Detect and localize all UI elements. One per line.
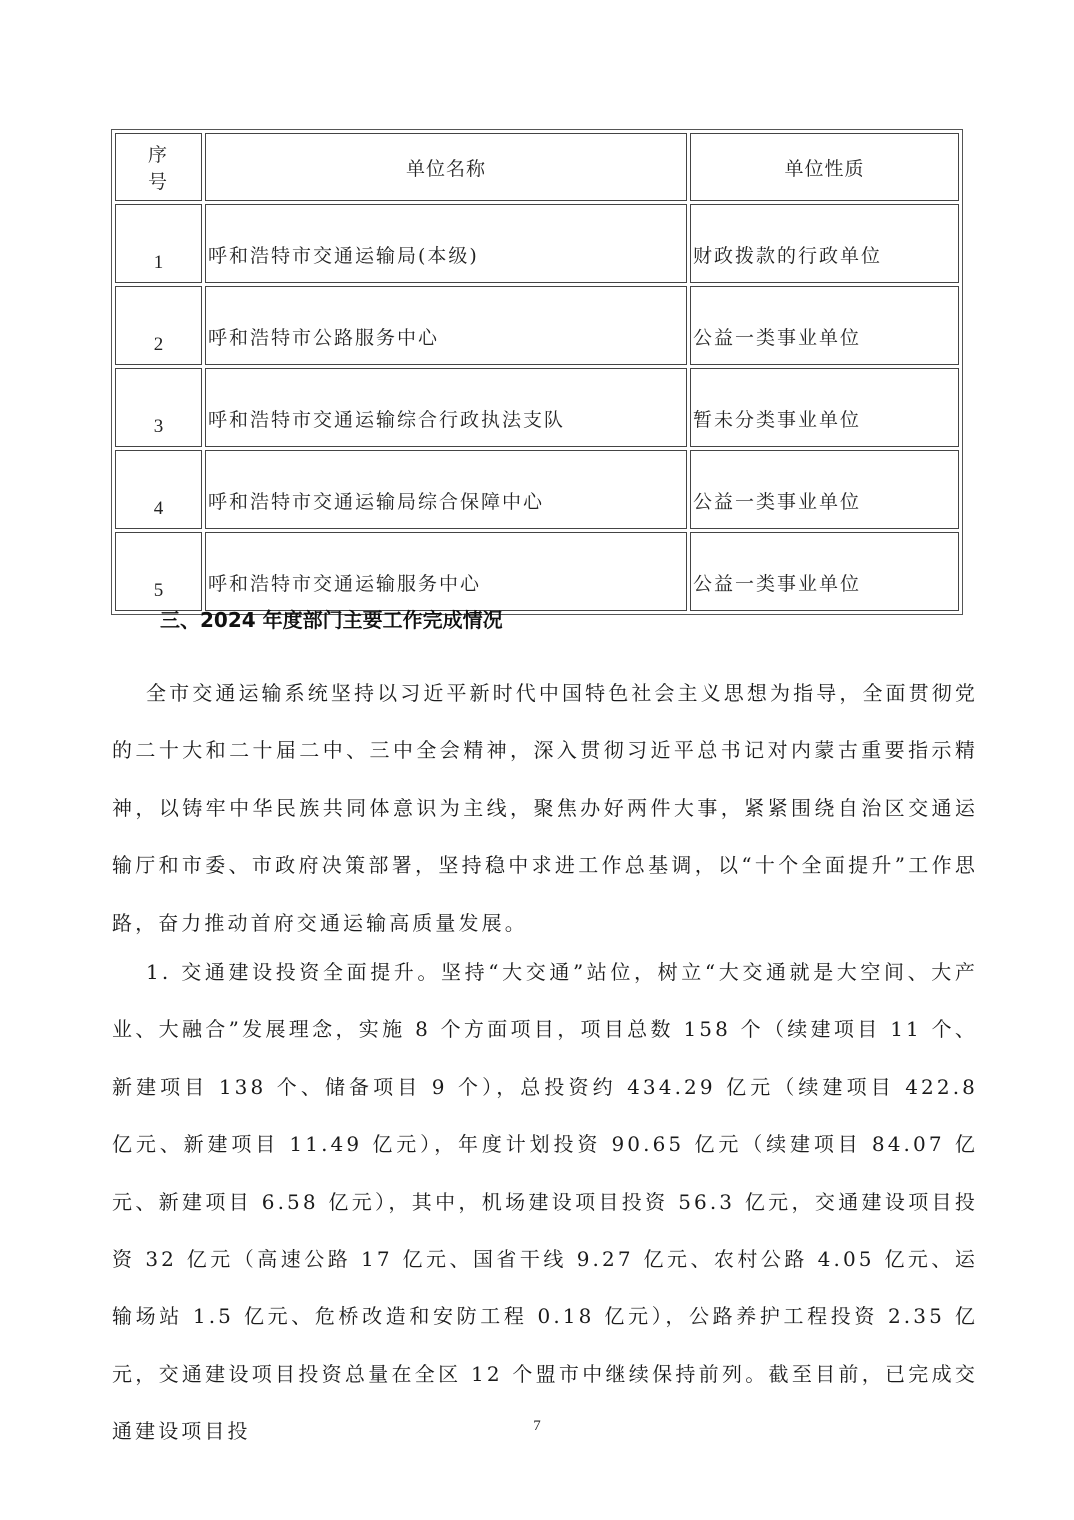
row-unit-name: 呼和浩特市交通运输服务中心	[205, 532, 687, 611]
row-unit-name: 呼和浩特市交通运输局(本级)	[205, 204, 687, 283]
row-unit-name: 呼和浩特市交通运输局综合保障中心	[205, 450, 687, 529]
table-row: 5 呼和浩特市交通运输服务中心 公益一类事业单位	[115, 532, 959, 611]
row-unit-type: 暂未分类事业单位	[690, 368, 959, 447]
row-unit-type: 公益一类事业单位	[690, 532, 959, 611]
section-heading: 三、2024 年度部门主要工作完成情况	[160, 604, 503, 633]
body-paragraph-investment: 1. 交通建设投资全面提升。坚持“大交通”站位，树立“大交通就是大空间、大产业、…	[112, 944, 978, 1461]
table-row: 3 呼和浩特市交通运输综合行政执法支队 暂未分类事业单位	[115, 368, 959, 447]
row-unit-type: 公益一类事业单位	[690, 450, 959, 529]
header-seq: 序 号	[115, 133, 202, 201]
header-unit-type: 单位性质	[690, 133, 959, 201]
page-number: 7	[0, 1418, 1074, 1435]
header-unit-name: 单位名称	[205, 133, 687, 201]
row-seq: 4	[115, 450, 202, 529]
row-seq: 5	[115, 532, 202, 611]
table-row: 1 呼和浩特市交通运输局(本级) 财政拨款的行政单位	[115, 204, 959, 283]
table-row: 4 呼和浩特市交通运输局综合保障中心 公益一类事业单位	[115, 450, 959, 529]
row-seq: 3	[115, 368, 202, 447]
unit-table: 序 号 单位名称 单位性质 1 呼和浩特市交通运输局(本级) 财政拨款的行政单位…	[111, 129, 963, 615]
row-unit-type: 公益一类事业单位	[690, 286, 959, 365]
table-header-row: 序 号 单位名称 单位性质	[115, 133, 959, 201]
table-row: 2 呼和浩特市公路服务中心 公益一类事业单位	[115, 286, 959, 365]
row-seq: 1	[115, 204, 202, 283]
row-unit-name: 呼和浩特市交通运输综合行政执法支队	[205, 368, 687, 447]
row-seq: 2	[115, 286, 202, 365]
body-paragraph-intro: 全市交通运输系统坚持以习近平新时代中国特色社会主义思想为指导，全面贯彻党的二十大…	[112, 665, 978, 952]
row-unit-name: 呼和浩特市公路服务中心	[205, 286, 687, 365]
row-unit-type: 财政拨款的行政单位	[690, 204, 959, 283]
